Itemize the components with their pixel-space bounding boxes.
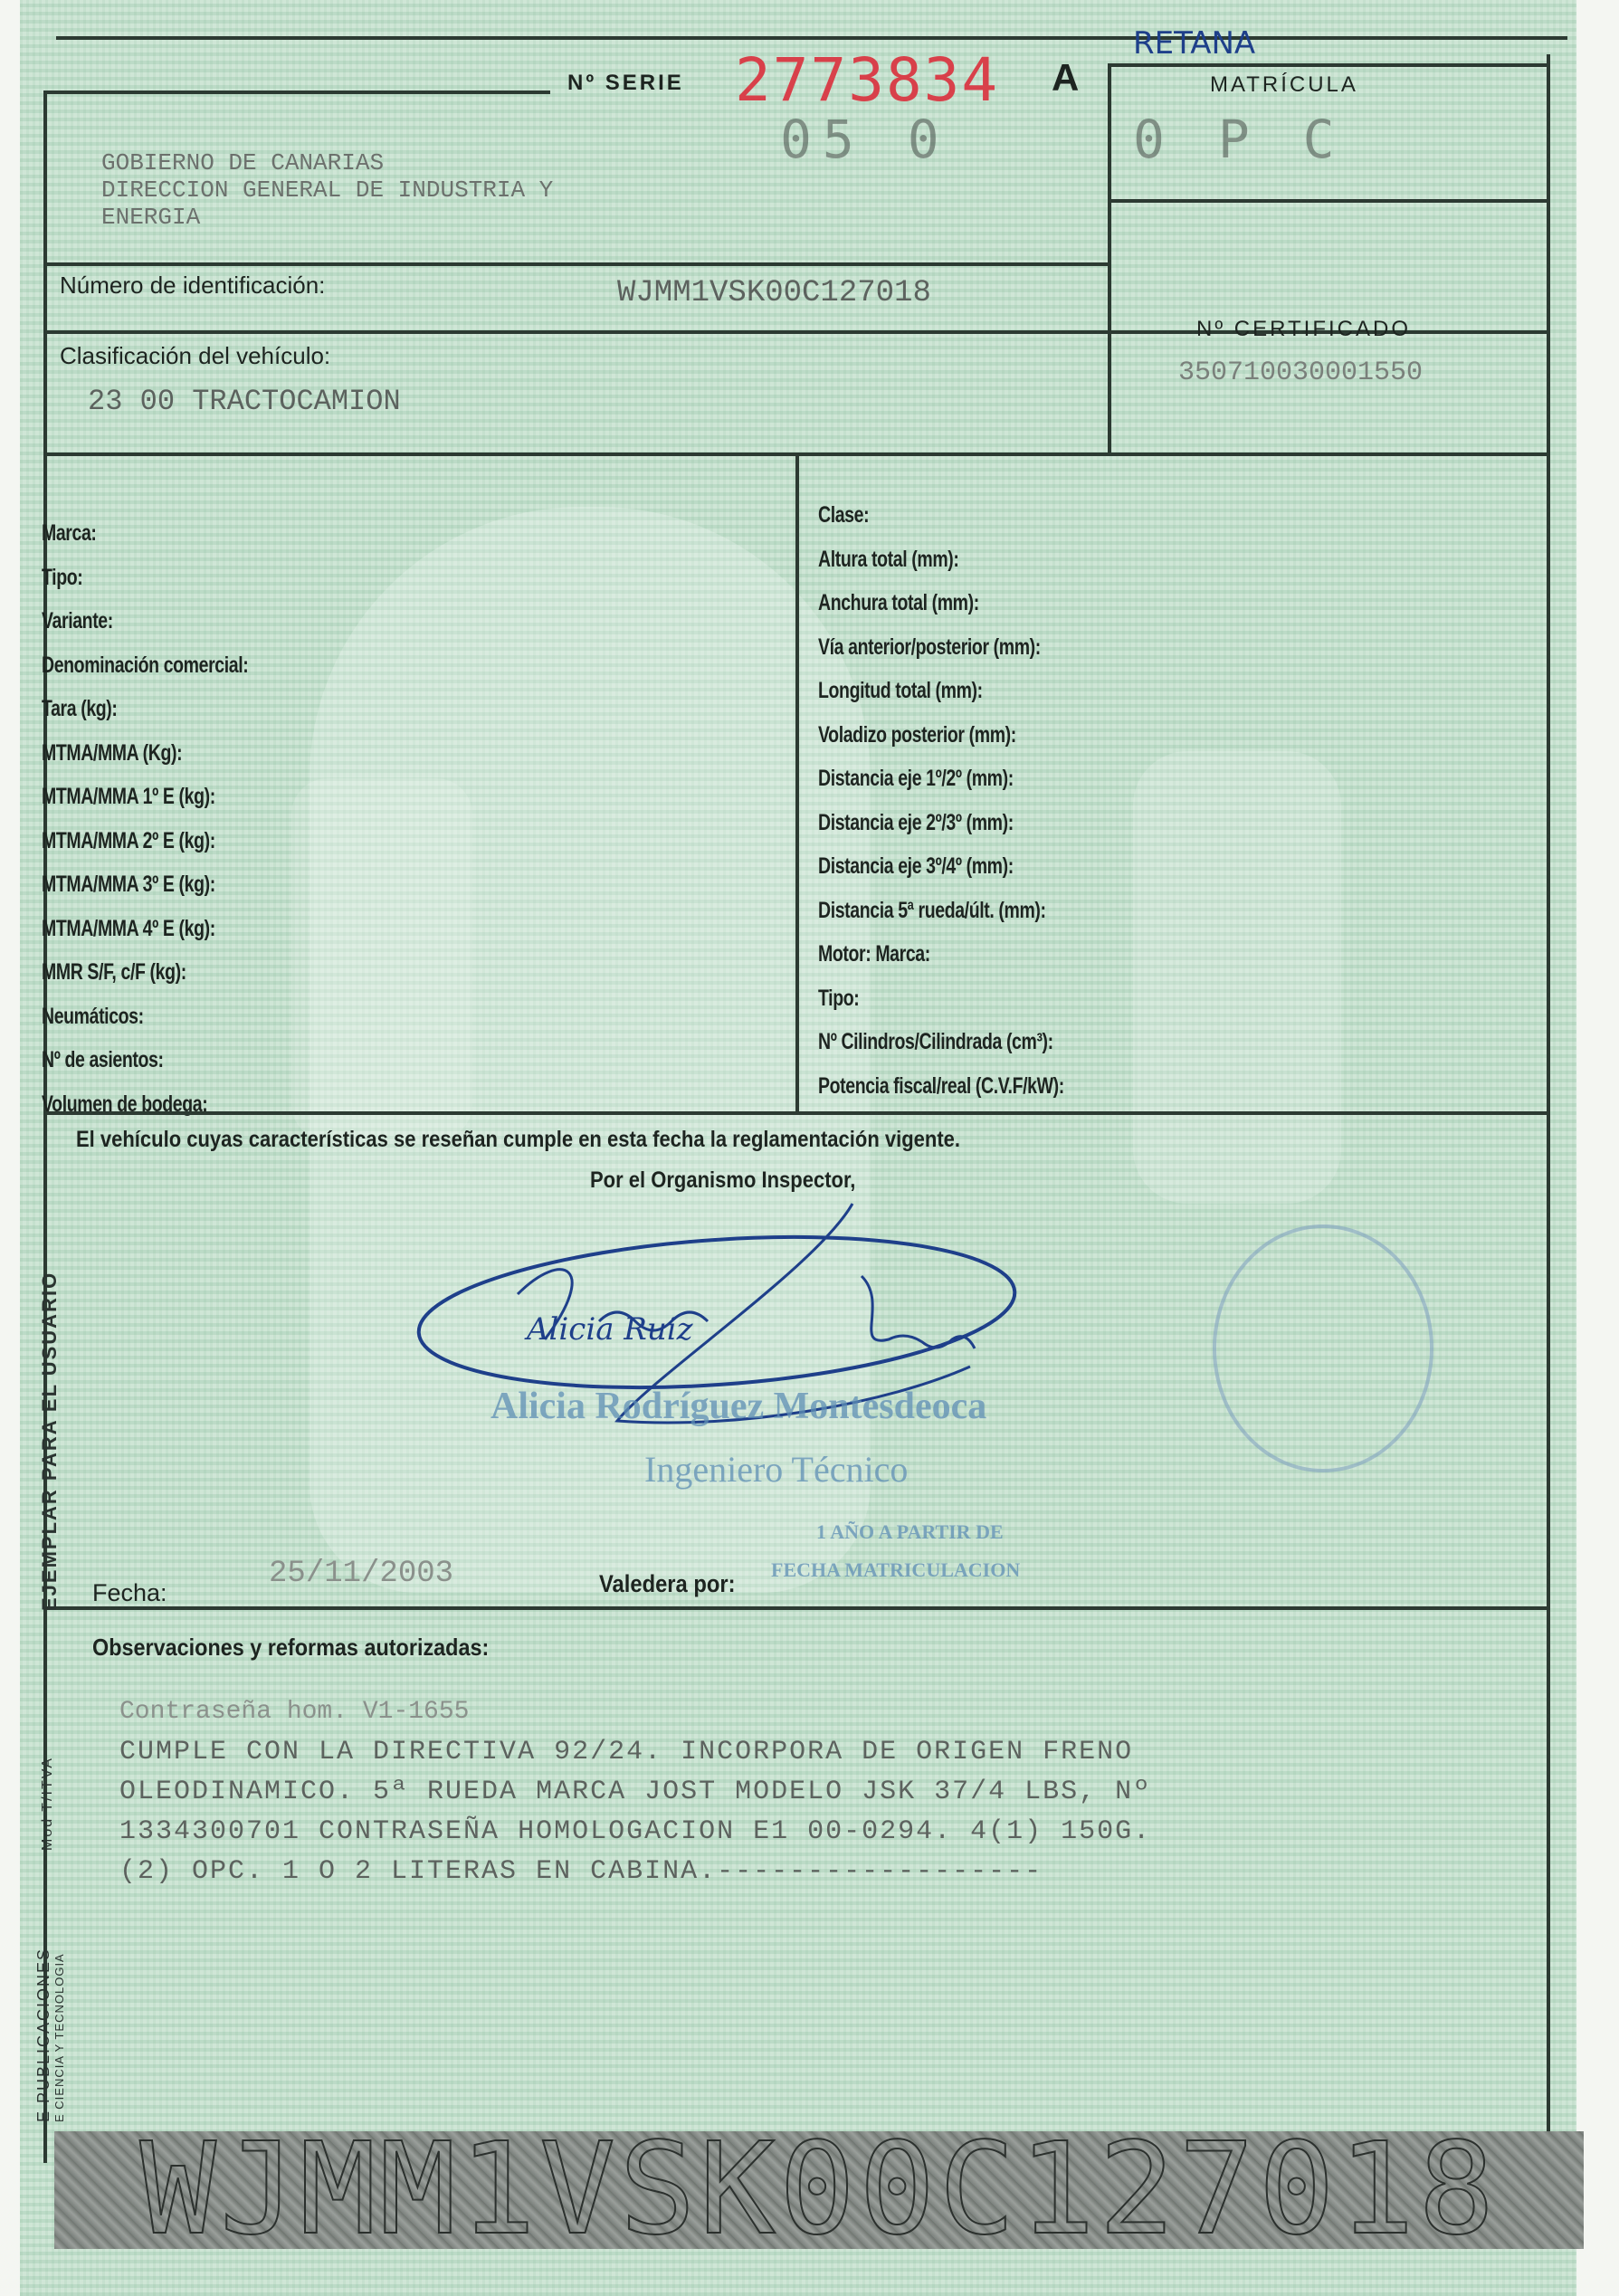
spec-label: Neumáticos: xyxy=(42,1004,144,1030)
spec-label: Marca: xyxy=(42,520,97,547)
spec-label: Distancia eje 2º/3º (mm): xyxy=(818,810,1014,836)
spec-label: MTMA/MMA (Kg): xyxy=(42,740,182,767)
stamp-name: Alicia Rodríguez Montesdeoca xyxy=(490,1385,986,1428)
matricula-perforated: 0 P C xyxy=(1133,109,1346,170)
issuer-block: GOBIERNO DE CANARIAS DIRECCION GENERAL D… xyxy=(101,149,553,231)
rule xyxy=(43,1606,1549,1610)
observation-line: 1334300701 CONTRASEÑA HOMOLOGACION E1 00… xyxy=(119,1812,1151,1852)
spec-label: MTMA/MMA 2º E (kg): xyxy=(42,828,215,854)
rule xyxy=(43,262,1111,266)
vehicle-technical-card: Nº SERIE 2773834 A RETANA 05 0 MATRÍCULA… xyxy=(20,0,1576,2296)
observation-line: Contraseña hom. V1-1655 xyxy=(119,1692,1151,1732)
serie-number: 2773834 xyxy=(735,45,999,115)
classification-value: 23 00 TRACTOCAMION xyxy=(88,385,401,418)
spec-label: Variante: xyxy=(42,608,113,634)
spec-label: Tipo: xyxy=(42,565,82,591)
official-seal xyxy=(1196,1213,1450,1484)
spec-label: Distancia 5ª rueda/últ. (mm): xyxy=(818,898,1046,924)
watermark-pillar-left xyxy=(291,778,472,1140)
spec-label: MMR S/F, c/F (kg): xyxy=(42,959,186,986)
issuer-line: DIRECCION GENERAL DE INDUSTRIA Y xyxy=(101,176,553,204)
publisher-line2: E CIENCIA Y TECNOLOGIA xyxy=(52,1953,66,2122)
certificate-value: 350710030001550 xyxy=(1178,357,1423,388)
rule xyxy=(1108,63,1549,67)
rule xyxy=(43,91,550,94)
identification-value: WJMM1VSK00C127018 xyxy=(617,276,931,310)
spec-label: MTMA/MMA 4º E (kg): xyxy=(42,916,215,942)
matricula-label: MATRÍCULA xyxy=(1210,72,1358,98)
spec-label: Nº de asientos: xyxy=(42,1047,164,1073)
spec-label: Potencia fiscal/real (C.V.F/kW): xyxy=(818,1073,1064,1100)
spec-label: Tipo: xyxy=(818,986,859,1012)
serie-label: Nº SERIE xyxy=(567,71,684,96)
watermark-pillar-right xyxy=(1133,751,1341,1204)
spec-label: Denominación comercial: xyxy=(42,653,248,679)
model-label: Mod T/ITVA xyxy=(40,1757,56,1851)
spec-label: MTMA/MMA 3º E (kg): xyxy=(42,872,215,898)
vin-stamp-strip: WJMM1VSK00C127018 xyxy=(54,2131,1584,2249)
inspector-label: Por el Organismo Inspector, xyxy=(590,1167,855,1194)
rule xyxy=(43,1111,1549,1115)
valedera-label: Valedera por: xyxy=(599,1570,736,1598)
handwritten-note: RETANA xyxy=(1133,25,1255,62)
spec-label: Motor: Marca: xyxy=(818,941,930,967)
classification-label: Clasificación del vehículo: xyxy=(60,342,330,370)
issuer-line: ENERGIA xyxy=(101,204,553,231)
spec-label: MTMA/MMA 1º E (kg): xyxy=(42,784,215,810)
vin-stamp-value: WJMM1VSK00C127018 xyxy=(140,2131,1499,2249)
serie-suffix: A xyxy=(1052,56,1079,100)
rule xyxy=(56,36,1567,40)
fecha-label: Fecha: xyxy=(92,1579,167,1607)
identification-label: Número de identificación: xyxy=(60,272,325,300)
spec-label: Anchura total (mm): xyxy=(818,590,979,616)
compliance-statement: El vehículo cuyas características se res… xyxy=(76,1127,960,1153)
issuer-line: GOBIERNO DE CANARIAS xyxy=(101,149,553,176)
valedera-value-line2: FECHA MATRICULACION xyxy=(771,1558,1020,1582)
spec-label: Distancia eje 1º/2º (mm): xyxy=(818,766,1014,792)
frame-left xyxy=(43,91,47,2163)
certificate-label: Nº CERTIFICADO xyxy=(1196,317,1411,342)
spec-label: Altura total (mm): xyxy=(818,547,958,573)
spec-label: Distancia eje 3º/4º (mm): xyxy=(818,853,1014,880)
valedera-value-line1: 1 AÑO A PARTIR DE xyxy=(816,1520,1004,1544)
column-divider xyxy=(795,453,799,1113)
spec-label: Vía anterior/posterior (mm): xyxy=(818,634,1041,661)
rule xyxy=(1108,63,1111,453)
spec-label: Voladizo posterior (mm): xyxy=(818,722,1016,748)
copy-label: EJEMPLAR PARA EL USUARIO xyxy=(38,1272,62,1611)
spec-label: Nº Cilindros/Cilindrada (cm³): xyxy=(818,1029,1053,1055)
signature-text: Alicia Ruiz xyxy=(524,1311,694,1348)
observation-line: OLEODINAMICO. 5ª RUEDA MARCA JOST MODELO… xyxy=(119,1772,1151,1812)
publisher-line1: E PUBLICACIONES xyxy=(34,1948,53,2122)
stamp-title: Ingeniero Técnico xyxy=(644,1448,908,1491)
observation-line: CUMPLE CON LA DIRECTIVA 92/24. INCORPORA… xyxy=(119,1732,1151,1772)
observation-line: (2) OPC. 1 O 2 LITERAS EN CABINA.-------… xyxy=(119,1852,1151,1891)
frame-right xyxy=(1547,54,1550,2163)
observations-text: Contraseña hom. V1-1655 CUMPLE CON LA DI… xyxy=(119,1692,1151,1891)
spec-label: Longitud total (mm): xyxy=(818,678,983,704)
observations-label: Observaciones y reformas autorizadas: xyxy=(92,1634,489,1662)
fecha-value: 25/11/2003 xyxy=(269,1557,453,1591)
spec-label: Clase: xyxy=(818,502,869,529)
rule xyxy=(1108,199,1549,203)
spec-label: Tara (kg): xyxy=(42,696,118,722)
perforated-number: 05 0 xyxy=(780,109,950,170)
